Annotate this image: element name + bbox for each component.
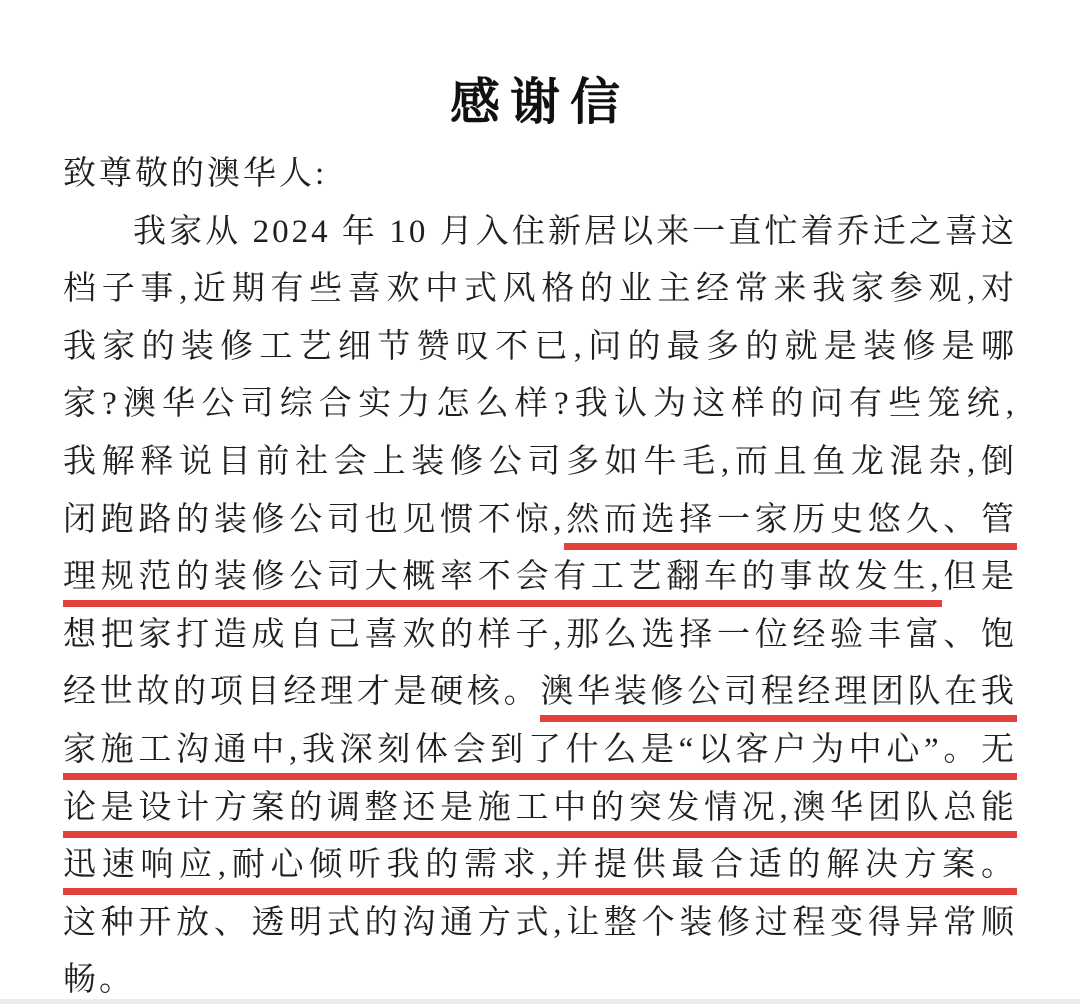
letter-line: 经世故的项目经理才是硬核。澳华装修公司程经理团队在我 <box>63 664 1017 722</box>
letter-line: 理规范的装修公司大概率不会有工艺翻车的事故发生,但是 <box>63 549 1017 607</box>
letter-page: 感谢信 致尊敬的澳华人: 我家从 2024 年 10 月入住新居以来一直忙着乔迁… <box>0 0 1080 1004</box>
letter-title: 感谢信 <box>0 62 1080 134</box>
underlined-text: 迅速响应,耐心倾听我的需求,并提供最合适的解决方案。 <box>63 847 1017 895</box>
text-segment: 想把家打造成自己喜欢的样子,那么选择一位经验丰富、饱 <box>63 617 1017 653</box>
letter-line: 畅。 <box>63 952 1017 1004</box>
letter-line: 家施工沟通中,我深刻体会到了什么是“以客户为中心”。无 <box>63 722 1017 780</box>
letter-line: 档子事,近期有些喜欢中式风格的业主经常来我家参观,对 <box>63 261 1017 319</box>
letter-body: 致尊敬的澳华人: 我家从 2024 年 10 月入住新居以来一直忙着乔迁之喜这档… <box>63 146 1017 1004</box>
letter-line: 我解释说目前社会上装修公司多如牛毛,而且鱼龙混杂,倒 <box>63 434 1017 492</box>
letter-line: 我家的装修工艺细节赞叹不已,问的最多的就是装修是哪 <box>63 319 1017 377</box>
text-segment: 我家从 2024 年 10 月入住新居以来一直忙着乔迁之喜这 <box>133 214 1017 250</box>
underlined-text: 澳华装修公司程经理团队在我 <box>540 674 1017 722</box>
text-segment: 经世故的项目经理才是硬核。 <box>63 674 540 710</box>
bottom-edge-strip <box>0 999 1080 1004</box>
salutation: 致尊敬的澳华人: <box>63 146 1017 204</box>
text-segment: 我解释说目前社会上装修公司多如牛毛,而且鱼龙混杂,倒 <box>63 444 1017 480</box>
letter-line: 我家从 2024 年 10 月入住新居以来一直忙着乔迁之喜这 <box>63 204 1017 262</box>
text-segment: 档子事,近期有些喜欢中式风格的业主经常来我家参观,对 <box>63 271 1017 307</box>
letter-line: 这种开放、透明式的沟通方式,让整个装修过程变得异常顺 <box>63 895 1017 953</box>
underlined-text: 家施工沟通中,我深刻体会到了什么是“以客户为中心”。无 <box>63 732 1017 780</box>
letter-line: 想把家打造成自己喜欢的样子,那么选择一位经验丰富、饱 <box>63 607 1017 665</box>
underlined-text: 然而选择一家历史悠久、管 <box>564 502 1017 550</box>
text-segment: 家?澳华公司综合实力怎么样?我认为这样的问有些笼统, <box>63 386 1017 422</box>
letter-line: 家?澳华公司综合实力怎么样?我认为这样的问有些笼统, <box>63 376 1017 434</box>
text-segment: 但是 <box>942 559 1017 595</box>
underlined-text: 理规范的装修公司大概率不会有工艺翻车的事故发生, <box>63 559 942 607</box>
text-segment: 畅。 <box>63 962 135 998</box>
text-segment: 这种开放、透明式的沟通方式,让整个装修过程变得异常顺 <box>63 905 1017 941</box>
text-segment: 我家的装修工艺细节赞叹不已,问的最多的就是装修是哪 <box>63 329 1017 365</box>
letter-line: 闭跑路的装修公司也见惯不惊,然而选择一家历史悠久、管 <box>63 492 1017 550</box>
letter-line: 迅速响应,耐心倾听我的需求,并提供最合适的解决方案。 <box>63 837 1017 895</box>
underlined-text: 论是设计方案的调整还是施工中的突发情况,澳华团队总能 <box>63 790 1017 838</box>
text-segment: 闭跑路的装修公司也见惯不惊, <box>63 502 564 538</box>
letter-line: 论是设计方案的调整还是施工中的突发情况,澳华团队总能 <box>63 780 1017 838</box>
